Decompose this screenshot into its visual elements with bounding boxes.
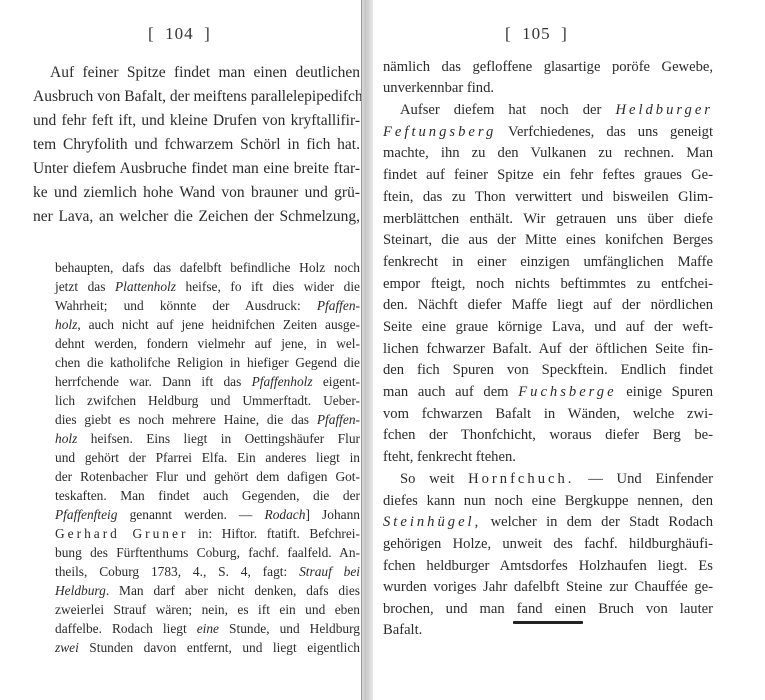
text-line: man auch auf dem Fuchsberge einige Spure… <box>383 382 713 403</box>
text-span: welcher in dem der Stadt Rodach <box>481 514 713 530</box>
text-line: Steinart, die aus der Mitte eines konifc… <box>383 230 713 251</box>
text-line: machte, ihn zu den Vulkanen zu rechnen. … <box>383 143 713 164</box>
page-number-right: [ 105 ] <box>505 24 568 44</box>
text-line: ke und ziemlich hohe Wand von brauner un… <box>33 182 360 204</box>
note-line: bung des Fürftenthums Coburg, fachf. faa… <box>55 543 360 562</box>
text-line: fchen der Thonfchicht, woraus diefer Ber… <box>383 425 713 446</box>
note-line: zweierlei Strauf wären; nein, es ift ein… <box>55 600 360 619</box>
text-line: Ausbruch von Bafalt, der meiftens parall… <box>33 86 360 108</box>
note-line: Heldburg. Man darf aber nicht denken, da… <box>55 581 360 600</box>
italic-term: Plattenholz <box>115 279 176 294</box>
text-span: So weit <box>400 471 468 487</box>
section-end-rule <box>513 621 583 624</box>
text-line: merblättchen enthält. Wir getrauen uns ü… <box>383 209 713 230</box>
note-line: herrfchende war. Dann ift das Pfaffenhol… <box>55 372 360 391</box>
text-span: eigent- <box>313 374 360 389</box>
text-line: Aufser diefem hat noch der Heldburger <box>400 100 713 121</box>
text-span: jetzt das <box>55 279 115 294</box>
text-span: genannt werden. — <box>117 507 264 522</box>
text-line: ftein, das zu Thon verwittert und biswei… <box>383 187 713 208</box>
text-line: Seite eine graue körnige Lava, und auf d… <box>383 317 713 338</box>
text-span: in: Hiftor. ftatift. Befchrei- <box>188 526 360 541</box>
text-span: daffelbe. Rodach liegt <box>55 621 197 636</box>
text-line: findet auf feiner Spitze ein fehr feftes… <box>383 165 713 186</box>
text-line: gehörigen Holze, unweit des fachf. hildb… <box>383 534 713 555</box>
text-line: den. Nächft diefer Maffe liegt auf der n… <box>383 295 713 316</box>
italic-term: Strauf bei <box>299 564 360 579</box>
italic-term: Pfaffenfteig <box>55 507 117 522</box>
spaced-italic-name: Steinhügel, <box>383 514 481 530</box>
text-span: , auch nicht auf jene heidnifchen Zeiten… <box>77 317 360 332</box>
spaced-italic-name: Heldburger <box>615 102 713 118</box>
text-span: Verfchiedenes, das uns geneigt <box>496 124 713 140</box>
note-line: dies giebt es noch mehrere Haine, die da… <box>55 410 360 429</box>
note-line: behaupten, dafs das dafelbft befindliche… <box>55 258 360 277</box>
text-span: man auch auf dem <box>383 384 518 400</box>
text-span: Aufser diefem hat noch der <box>400 102 615 118</box>
text-line: vom fchwarzen Bafalt in Wänden, welche z… <box>383 404 713 425</box>
text-line: brochen, und man fand einen Bruch von la… <box>383 599 713 620</box>
page-number-left: [ 104 ] <box>148 24 211 44</box>
text-span: einige Spuren <box>617 384 713 400</box>
note-line: lich zwifchen Heldburg und Ummerftadt. U… <box>55 391 360 410</box>
note-line: Wahrheit; und könnte der Ausdruck: Pfaff… <box>55 296 360 315</box>
note-line: Pfaffenfteig genannt werden. — Rodach] J… <box>55 505 360 524</box>
note-line: dehnt werden, fondern vielmehr auf jene,… <box>55 334 360 353</box>
note-line: zwei Stunden davon entfernt, und liegt e… <box>55 638 360 657</box>
note-line: chen die katholifche Religion in hiefige… <box>55 353 360 372</box>
note-line: holz heifsen. Eins liegt in Oettingshäuf… <box>55 429 360 448</box>
italic-term: Heldburg <box>55 583 106 598</box>
text-line: Unter diefem Ausbruche findet man eine b… <box>33 158 360 180</box>
text-span: heifse, fo ift dies wider die <box>176 279 360 294</box>
text-span: . Man darf aber nicht denken, dafs dies <box>106 583 360 598</box>
right-page: [ 105 ] nämlich das gefloffene glasartig… <box>372 0 765 700</box>
text-line: nämlich das gefloffene glasartige poröfe… <box>383 57 713 78</box>
text-span: Stunde, und Heldburg <box>219 621 360 636</box>
text-line: lichen fchwarzer Bafalt. Auf der öftlich… <box>383 339 713 360</box>
note-line: teskaften. Man findet auch Gegenden, die… <box>55 486 360 505</box>
note-line: daffelbe. Rodach liegt eine Stunde, und … <box>55 619 360 638</box>
spaced-name: Hornfchuch. <box>468 471 574 487</box>
text-span: — Und Einfender <box>574 471 713 487</box>
text-line: ner Lava, an welcher die Zeichen der Sch… <box>33 206 360 228</box>
note-line: Gerhard Gruner in: Hiftor. ftatift. Befc… <box>55 524 360 543</box>
text-line: Steinhügel, welcher in dem der Stadt Rod… <box>383 512 713 533</box>
note-line: theils, Coburg 1783, 4., S. 4, fagt: Str… <box>55 562 360 581</box>
italic-term: Pfaffen- <box>317 298 360 313</box>
note-line: holz, auch nicht auf jene heidnifchen Ze… <box>55 315 360 334</box>
italic-term: holz <box>55 317 77 332</box>
italic-term: Pfaffen- <box>317 412 360 427</box>
text-line: Auf feiner Spitze findet man einen deutl… <box>50 62 360 84</box>
text-line: fteht, fenkrecht ftehen. <box>383 447 516 468</box>
italic-term: eine <box>197 621 219 636</box>
book-spread: [ 104 ] Auf feiner Spitze findet man ein… <box>0 0 765 700</box>
italic-term: zwei <box>55 640 79 655</box>
text-span: theils, Coburg 1783, 4., S. 4, fagt: <box>55 564 299 579</box>
text-line: fchen heldburger Amtsdorfes Holzhaufen l… <box>383 556 713 577</box>
spaced-name: Gerhard Gruner <box>55 526 188 541</box>
text-span: ] Johann <box>305 507 360 522</box>
text-line: den fich Spuren von Speckftein. Endlich … <box>383 360 713 381</box>
text-line: und fehr feft ift, und kleine Drufen von… <box>33 110 360 132</box>
text-line: Feftungsberg Verfchiedenes, das uns gene… <box>383 122 713 143</box>
text-span: heifsen. Eins liegt in Oettingshäufer Fl… <box>77 431 360 446</box>
text-line: diefes kann nun noch eine Bergkuppe nenn… <box>383 491 713 512</box>
spaced-italic-name: Fuchsberge <box>518 384 616 400</box>
note-line: der Rotenbacher Flur und gehört dem dafi… <box>55 467 360 486</box>
note-line: jetzt das Plattenholz heifse, fo ift die… <box>55 277 360 296</box>
note-line: und gehört der Pfarrei Elfa. Ein anderes… <box>55 448 360 467</box>
text-line: wurden voriges Jahr dafelbft Steine zur … <box>383 577 713 598</box>
text-span: dies giebt es noch mehrere Haine, die da… <box>55 412 317 427</box>
text-line: Bafalt. <box>383 620 422 641</box>
left-page: [ 104 ] Auf feiner Spitze findet man ein… <box>0 0 364 700</box>
page-edge <box>361 0 362 700</box>
spaced-italic-name: Feftungsberg <box>383 124 496 140</box>
text-span: Wahrheit; und könnte der Ausdruck: <box>55 298 317 313</box>
text-span: Stunden davon entfernt, und liegt eigent… <box>79 640 360 655</box>
text-line: unverkennbar find. <box>383 78 494 99</box>
italic-term: Rodach <box>265 507 306 522</box>
text-line: So weit Hornfchuch. — Und Einfender <box>400 469 713 490</box>
text-line: empor fteigt, noch nichts beftimmtes zu … <box>383 274 713 295</box>
italic-term: holz <box>55 431 77 446</box>
text-span: herrfchende war. Dann ift das <box>55 374 252 389</box>
italic-term: Pfaffenholz <box>252 374 313 389</box>
text-line: fenkrecht in einer einzigen umfänglichen… <box>383 252 713 273</box>
text-line: tem Chryfolith und fchwarzem Schörl in f… <box>33 134 360 156</box>
